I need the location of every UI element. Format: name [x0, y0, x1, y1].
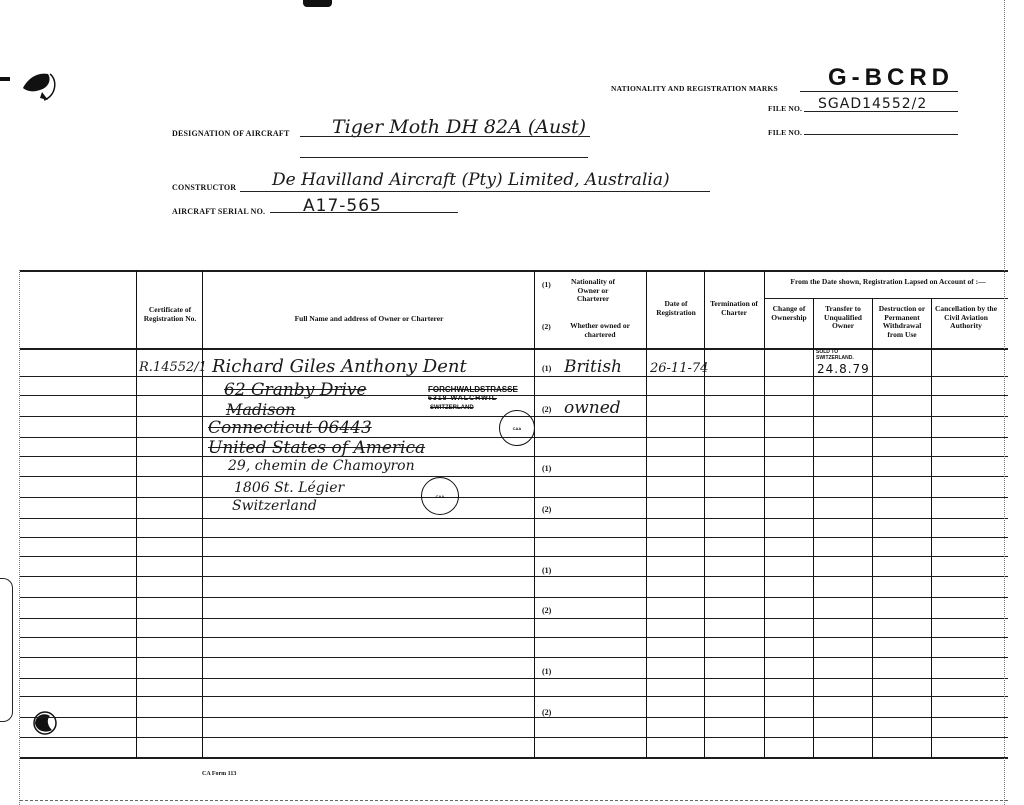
row-marker: (1)	[542, 667, 551, 676]
designation-line	[300, 136, 590, 137]
constructor-label: CONSTRUCTOR	[172, 183, 236, 192]
left-scan-edge	[19, 270, 20, 805]
file-no-label-1: FILE No.	[768, 104, 802, 113]
header-destruction: Destruction or Permanent Withdrawal from…	[874, 305, 930, 339]
row-marker: (1)	[542, 364, 551, 373]
header-change-ownership: Change of Ownership	[766, 305, 812, 322]
file-no-label-2: FILE No.	[768, 128, 802, 137]
right-scan-edge	[1004, 0, 1005, 805]
designation-value: Tiger Moth DH 82A (Aust)	[332, 116, 586, 138]
file-no-value-1: SGAD14552/2	[818, 96, 927, 112]
row-line	[20, 456, 1008, 457]
col-divider-transfer	[813, 298, 814, 758]
address-struck-line-2: Madison	[226, 400, 295, 419]
nationality-value: British	[564, 357, 622, 377]
row-line	[20, 476, 1008, 477]
address-current-line-3: Switzerland	[232, 498, 317, 514]
col-divider-cert	[136, 270, 137, 758]
col-divider-date	[646, 270, 647, 758]
owner-name: Richard Giles Anthony Dent	[212, 356, 467, 377]
address-struck-line-3: Connecticut 06443	[208, 418, 372, 438]
row-line	[20, 376, 1008, 377]
header-termination: Termination of Charter	[706, 300, 762, 317]
address-struck-stamped-3: SWITZERLAND	[430, 405, 474, 411]
serial-line	[270, 212, 458, 213]
row-line	[20, 657, 1008, 658]
table-top-border	[20, 270, 1008, 272]
header-cancellation: Cancellation by the Civil Aviation Autho…	[933, 305, 999, 331]
address-struck-stamped-1: FORCHWALDSTRASSE	[428, 385, 518, 394]
registration-mark-value: G-BCRD	[828, 64, 954, 92]
row-marker: (1)	[542, 566, 551, 575]
table-bottom-border	[20, 757, 1008, 759]
row-line	[20, 737, 1008, 738]
row-line	[20, 678, 1008, 679]
punch-hole-icon-top	[20, 68, 60, 104]
col-divider-lapsed	[764, 270, 765, 758]
file-no-line-2	[804, 134, 958, 135]
col-divider-nationality	[534, 270, 535, 758]
address-struck-line-4: United States of America	[208, 438, 425, 458]
left-bracket	[0, 578, 13, 722]
row-marker: (2)	[542, 405, 551, 414]
header-date-registration: Date of Registration	[650, 300, 702, 317]
header-transfer: Transfer to Unqualified Owner	[815, 305, 871, 331]
nationality-label: NATIONALITY AND REGISTRATION MARKS	[611, 84, 778, 93]
col-divider-owner	[202, 270, 203, 758]
designation-line-2	[300, 157, 588, 158]
constructor-line	[240, 191, 710, 192]
row-line	[20, 618, 1008, 619]
row-line	[20, 395, 1008, 396]
row-line	[20, 597, 1008, 598]
row-line	[20, 497, 1008, 498]
row-line	[20, 537, 1008, 538]
date-of-registration: 26-11-74	[650, 361, 708, 376]
scan-mark-top	[303, 0, 332, 7]
header-marker-1: (1)	[542, 280, 551, 289]
address-struck-line-1: 62 Granby Drive	[224, 380, 367, 400]
header-certificate: Certificate of Registration No.	[140, 306, 200, 323]
col-divider-cancellation	[931, 298, 932, 758]
row-marker: (2)	[542, 505, 551, 514]
serial-value: A17-565	[303, 196, 382, 216]
certificate-no: R.14552/1	[139, 360, 207, 375]
row-line	[20, 518, 1008, 519]
registration-mark-line	[800, 91, 958, 92]
header-owned: Whether owned or chartered	[562, 322, 638, 339]
row-line	[20, 717, 1008, 718]
serial-label: AIRCRAFT SERIAL No.	[172, 207, 265, 216]
file-no-line-1	[804, 111, 958, 112]
header-lapsed-group: From the Date shown, Registration Lapsed…	[790, 278, 986, 287]
official-stamp-icon-2: CAA	[421, 477, 459, 515]
row-line	[20, 576, 1008, 577]
row-marker: (2)	[542, 606, 551, 615]
designation-label: DESIGNATION OF AIRCRAFT	[172, 129, 290, 138]
transfer-note: SOLD TO SWITZERLAND.	[816, 349, 876, 361]
row-line	[20, 637, 1008, 638]
official-stamp-icon-1: CAA	[499, 410, 535, 446]
constructor-value: De Havilland Aircraft (Pty) Limited, Aus…	[272, 170, 670, 190]
row-marker: (2)	[542, 708, 551, 717]
header-nationality: Nationality of Owner or Charterer	[562, 278, 624, 304]
row-line	[20, 696, 1008, 697]
bottom-scan-edge	[20, 800, 1008, 801]
row-line	[20, 556, 1008, 557]
address-current-line-2: 1806 St. Légier	[234, 480, 344, 496]
col-divider-destruction	[872, 298, 873, 758]
header-marker-2: (2)	[542, 322, 551, 331]
col-divider-termination	[704, 270, 705, 758]
scan-mark-left	[0, 77, 10, 81]
owned-value: owned	[564, 398, 621, 418]
row-marker: (1)	[542, 464, 551, 473]
header-owner: Full Name and address of Owner or Charte…	[206, 315, 532, 324]
lapsed-header-divider	[764, 298, 1008, 299]
address-current-line-1: 29, chemin de Chamoyron	[228, 458, 415, 474]
transfer-date: 24.8.79	[817, 362, 870, 376]
address-struck-stamped-2: 6318 WALCHWIL	[428, 395, 497, 402]
punch-hole-icon-bottom	[30, 708, 60, 738]
form-id: CA Form 113	[202, 771, 236, 777]
